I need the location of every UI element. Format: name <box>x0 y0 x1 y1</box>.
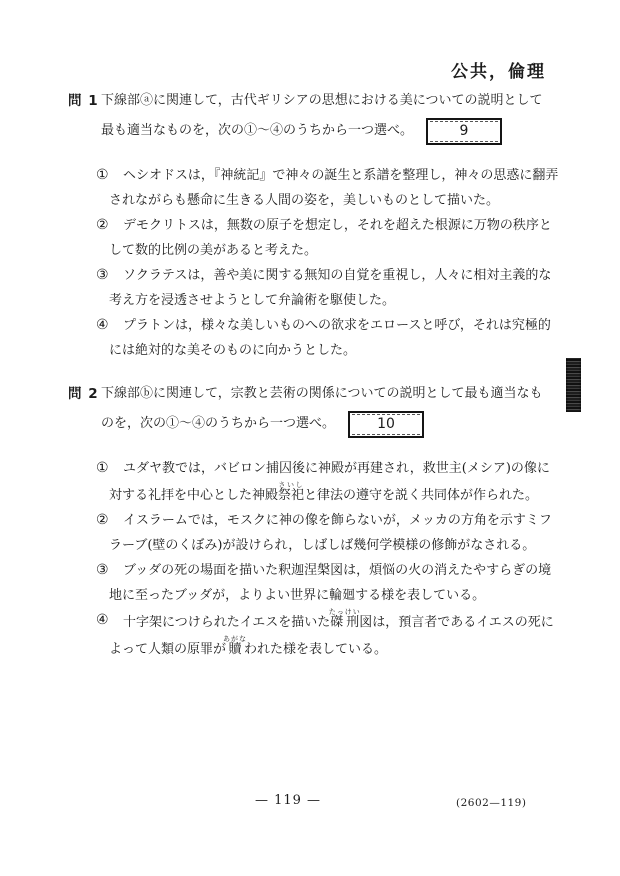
option-item: ③ ブッダの死の場面を描いた釈迦涅槃図は，煩悩の火の消えたやすらぎの境 地に至っ… <box>96 558 566 608</box>
page-number: — 119 — <box>238 793 338 808</box>
question-2: 問 2 下線部ⓑに関連して，宗教と芸術の関係についての説明として最も適当なも の… <box>68 381 568 439</box>
ruby-annotated-text: 磔刑たっけい <box>330 615 359 630</box>
question-2-options: ① ユダヤ教では，バビロン捕囚後に神殿が再建され，救世主(メシア)の像に 対する… <box>96 456 566 662</box>
question-1-prompt-line2: 最も適当なものを，次の①～④のうちから一つ選べ。 9 <box>68 116 568 146</box>
option-text-line: されながらも懸命に生きる人間の姿を，美しいものとして描いた。 <box>109 188 566 213</box>
option-item: ④ 十字架につけられたイエスを描いた磔刑たっけい図は，預言者であるイエスの死に … <box>96 608 566 662</box>
option-number: ③ <box>96 263 109 288</box>
option-number: ① <box>96 163 109 188</box>
question-2-prompt-line2: のを，次の①～④のうちから一つ選べ。 10 <box>68 409 568 439</box>
page-title: 公共，倫理 <box>451 57 546 82</box>
option-text-line: 地に至ったブッダが，よりよい世界に輪廻する様を表している。 <box>109 583 566 608</box>
option-text-line: して数的比例の美があると考えた。 <box>109 238 566 263</box>
option-item: ③ ソクラテスは，善や美に関する無知の自覚を重視し，人々に相対主義的な 考え方を… <box>96 263 566 313</box>
question-1-label: 問 1 <box>68 88 101 114</box>
question-2-prompt-text2: のを，次の①～④のうちから一つ選べ。 <box>101 411 335 437</box>
question-2-prompt-line1: 問 2 下線部ⓑに関連して，宗教と芸術の関係についての説明として最も適当なも <box>68 381 568 407</box>
ruby-annotated-text: 贖あがな <box>226 642 244 657</box>
question-2-label: 問 2 <box>68 381 101 407</box>
option-number: ② <box>96 213 109 238</box>
option-item: ① ヘシオドスは，『神統記』で神々の誕生と系譜を整理し，神々の思惑に翻弄 されな… <box>96 163 566 213</box>
booklet-code: (2602—119) <box>456 797 526 809</box>
option-item: ② イスラームでは，モスクに神の像を飾らないが，メッカの方角を示すミフ ラーブ(… <box>96 508 566 558</box>
scan-artifact-edge-mark <box>566 358 581 412</box>
option-text-line: 対する礼拝を中心とした神殿祭祀さいしと律法の遵守を説く共同体が作られた。 <box>109 481 566 508</box>
option-text-line: ブッダの死の場面を描いた釈迦涅槃図は，煩悩の火の消えたやすらぎの境 <box>123 558 566 583</box>
option-item: ④ プラトンは，様々な美しいものへの欲求をエロースと呼び，それは究極的 には絶対… <box>96 313 566 363</box>
option-text-line: イスラームでは，モスクに神の像を飾らないが，メッカの方角を示すミフ <box>123 508 566 533</box>
option-number: ④ <box>96 608 109 633</box>
exam-page: 公共，倫理 問 1 下線部ⓐに関連して，古代ギリシアの思想における美についての説… <box>0 0 620 876</box>
option-item: ② デモクリトスは，無数の原子を想定し，それを超えた根源に万物の秩序と して数的… <box>96 213 566 263</box>
furigana: たっけい <box>329 608 361 616</box>
option-number: ③ <box>96 558 109 583</box>
option-text-line: プラトンは，様々な美しいものへの欲求をエロースと呼び，それは究極的 <box>123 313 566 338</box>
furigana: さいし <box>278 481 304 489</box>
option-number: ④ <box>96 313 109 338</box>
answer-number-box-10: 10 <box>348 411 424 438</box>
option-text-line: 考え方を浸透させようとして弁論術を駆使した。 <box>109 288 566 313</box>
option-text-line: ラーブ(壁のくぼみ)が設けられ，しばしば幾何学模様の修飾がなされる。 <box>109 533 566 558</box>
question-2-prompt-text: 下線部ⓑに関連して，宗教と芸術の関係についての説明として最も適当なも <box>101 381 542 407</box>
option-text-line: よって人類の原罪が贖あがなわれた様を表している。 <box>109 635 566 662</box>
question-1-prompt-text2: 最も適当なものを，次の①～④のうちから一つ選べ。 <box>101 118 413 144</box>
option-text-line: デモクリトスは，無数の原子を想定し，それを超えた根源に万物の秩序と <box>123 213 566 238</box>
option-number: ② <box>96 508 109 533</box>
question-1-prompt-text: 下線部ⓐに関連して，古代ギリシアの思想における美についての説明として <box>101 88 542 114</box>
option-text-line: ユダヤ教では，バビロン捕囚後に神殿が再建され，救世主(メシア)の像に <box>123 456 566 481</box>
question-1-options: ① ヘシオドスは，『神統記』で神々の誕生と系譜を整理し，神々の思惑に翻弄 されな… <box>96 163 566 363</box>
ruby-annotated-text: 祭祀さいし <box>278 488 304 503</box>
answer-number-box-9: 9 <box>426 118 502 145</box>
option-text-line: 十字架につけられたイエスを描いた磔刑たっけい図は，預言者であるイエスの死に <box>123 608 566 635</box>
furigana: あがな <box>223 635 247 643</box>
option-text-line: ヘシオドスは，『神統記』で神々の誕生と系譜を整理し，神々の思惑に翻弄 <box>123 163 566 188</box>
option-text-line: ソクラテスは，善や美に関する無知の自覚を重視し，人々に相対主義的な <box>123 263 566 288</box>
option-item: ① ユダヤ教では，バビロン捕囚後に神殿が再建され，救世主(メシア)の像に 対する… <box>96 456 566 508</box>
question-1-prompt-line1: 問 1 下線部ⓐに関連して，古代ギリシアの思想における美についての説明として <box>68 88 568 114</box>
option-text-line: には絶対的な美そのものに向かうとした。 <box>109 338 566 363</box>
question-1: 問 1 下線部ⓐに関連して，古代ギリシアの思想における美についての説明として 最… <box>68 88 568 146</box>
option-number: ① <box>96 456 109 481</box>
